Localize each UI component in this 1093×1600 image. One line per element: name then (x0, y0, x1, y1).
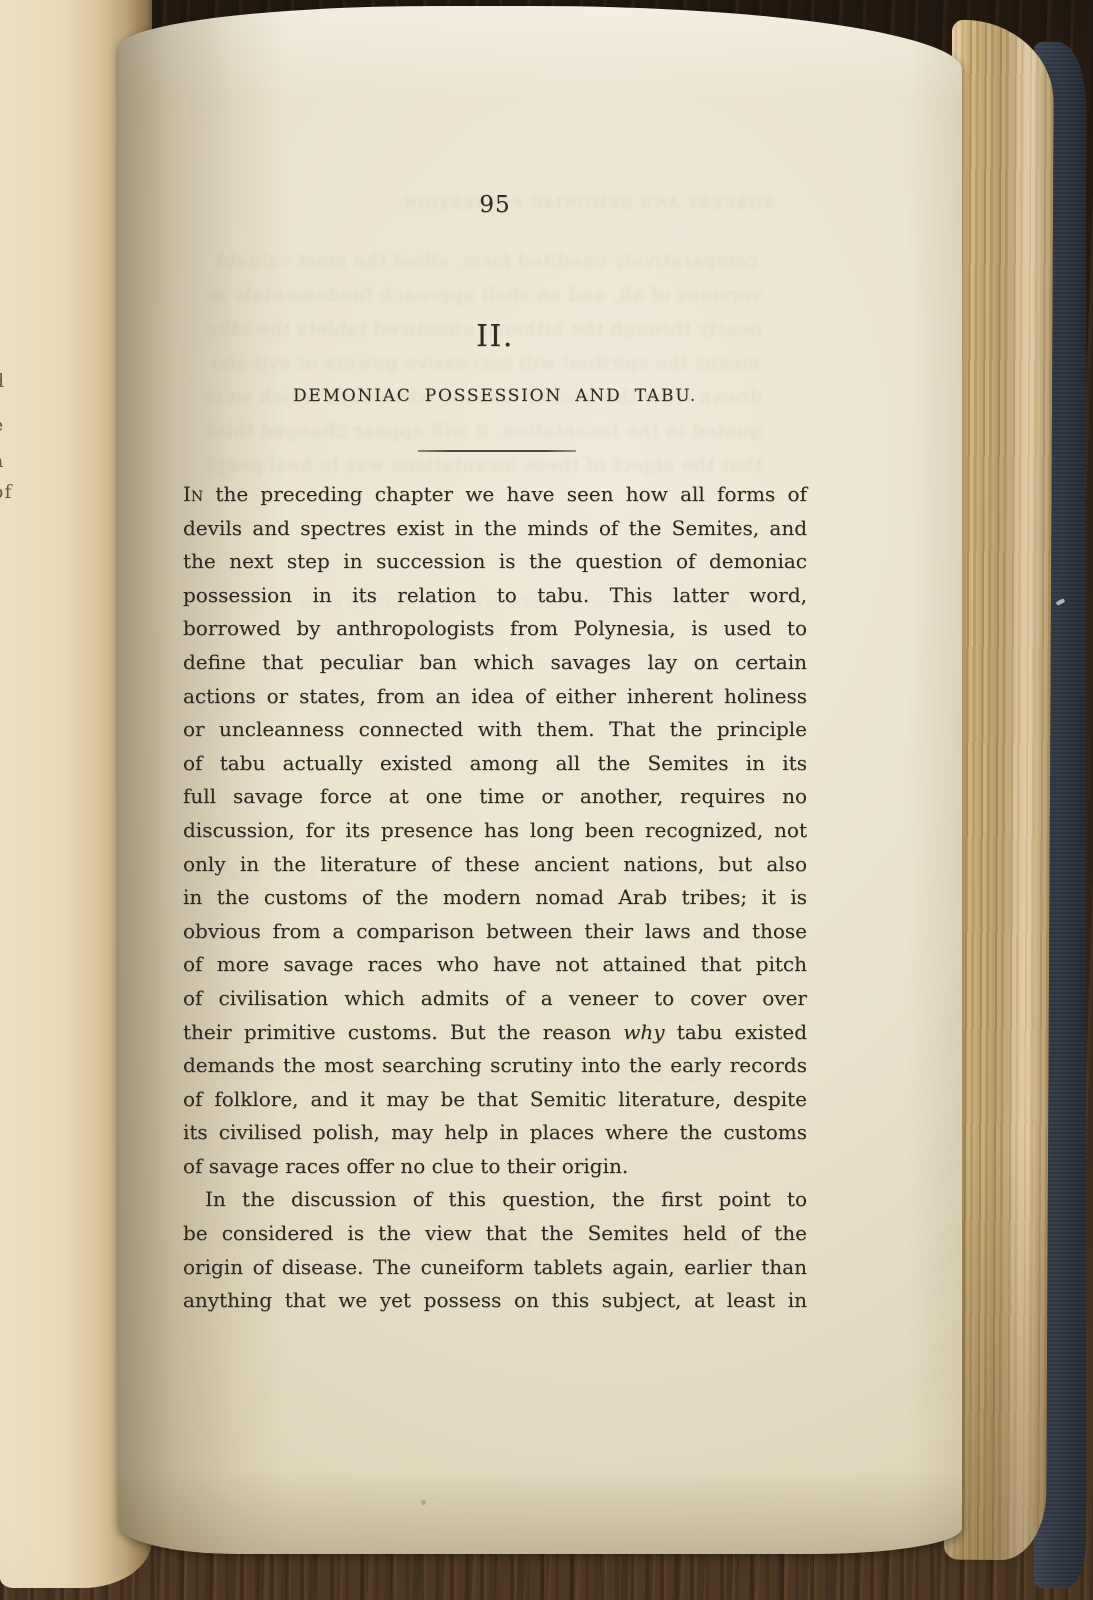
body-line: of civilisation which admits of a veneer… (183, 982, 807, 1016)
facing-page-letter-fragment: of (0, 481, 18, 503)
bleedthrough-line: means the spiritual will successive powe… (208, 352, 760, 374)
body-line: the next step in succession is the quest… (183, 545, 807, 579)
book-page: SORCERY AND DEMONIAC POSSESSION.comparat… (118, 6, 962, 1554)
body-line: actions or states, from an idea of eithe… (183, 680, 807, 714)
body-line: obvious from a comparison between their … (183, 915, 807, 949)
body-line: In the preceding chapter we have seen ho… (183, 478, 807, 512)
body-line: origin of disease. The cuneiform tablets… (183, 1251, 807, 1285)
body-text: In the preceding chapter we have seen ho… (183, 478, 807, 1318)
body-line: of folklore, and it may be that Semitic … (183, 1083, 807, 1117)
body-line: In the discussion of this question, the … (183, 1183, 807, 1217)
body-line: demands the most searching scrutiny into… (183, 1049, 807, 1083)
paper-speck (421, 1500, 426, 1505)
page-number: 95 (183, 192, 807, 218)
bleedthrough-line: quoted in the Incantation, it will appea… (206, 420, 762, 442)
bleedthrough-line: that the object of these incantations wa… (206, 454, 762, 476)
book-photograph: SORCERY AND DEMONIAC POSSESSION.comparat… (0, 0, 1093, 1600)
facing-page-letter-fragment: a (0, 450, 18, 472)
body-line: of savage races offer no clue to their o… (183, 1150, 807, 1184)
body-line: in the customs of the modern nomad Arab … (183, 881, 807, 915)
body-line: of tabu actually existed among all the S… (183, 747, 807, 781)
facing-page-letter-fragment: e (0, 414, 18, 436)
body-line: borrowed by anthropologists from Polynes… (183, 612, 807, 646)
body-line: full savage force at one time or another… (183, 780, 807, 814)
facing-page-letter-fragment: d (0, 370, 18, 392)
body-line: only in the literature of these ancient … (183, 848, 807, 882)
bleedthrough-line: versions of all, and on shall approach f… (206, 284, 762, 306)
body-line: discussion, for its presence has long be… (183, 814, 807, 848)
chapter-title: DEMONIAC POSSESSION AND TABU. (183, 386, 807, 406)
body-line: define that peculiar ban which savages l… (183, 646, 807, 680)
body-line: possession in its relation to tabu. This… (183, 579, 807, 613)
body-line: anything that we yet possess on this sub… (183, 1284, 807, 1318)
cover-lint-speck (1056, 598, 1066, 606)
body-line: devils and spectres exist in the minds o… (183, 512, 807, 546)
body-line: be considered is the view that the Semit… (183, 1217, 807, 1251)
body-line: of more savage races who have not attain… (183, 948, 807, 982)
body-line: its civilised polish, may help in places… (183, 1116, 807, 1150)
chapter-numeral: II. (183, 319, 807, 354)
divider-rule (418, 450, 576, 452)
body-line: or uncleanness connected with them. That… (183, 713, 807, 747)
bleedthrough-line: comparatively unedited form, allied the … (213, 250, 758, 272)
body-line: their primitive customs. But the reason … (183, 1016, 807, 1050)
